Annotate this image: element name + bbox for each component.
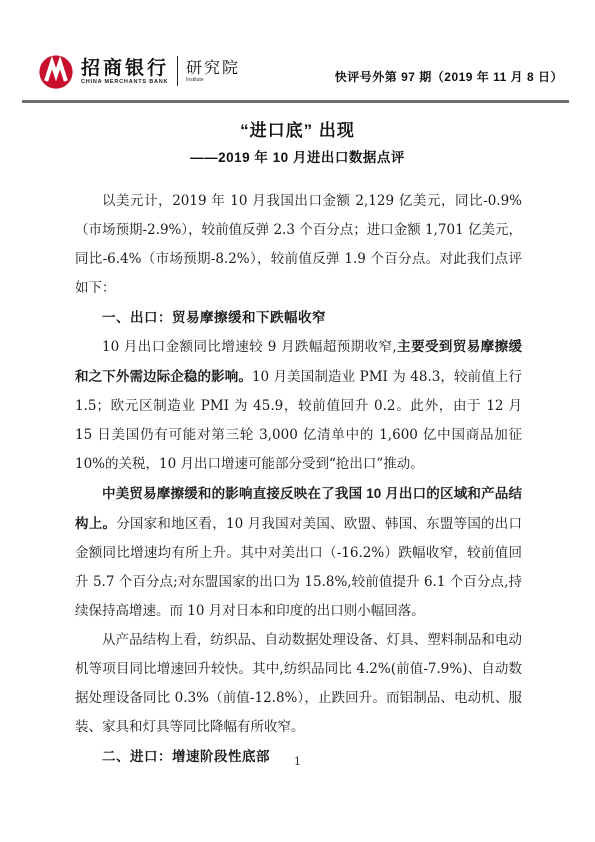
page-number: 1: [0, 755, 595, 768]
text-segment: 10 月美国制造业 PMI 为 48.3，较前值上行 1.5；欧元区制造业 PM…: [75, 369, 522, 472]
paragraph: 10 月出口金额同比增速较 9 月跌幅超预期收窄,主要受到贸易摩擦缓和之下外需边…: [75, 332, 522, 479]
text-segment: 以美元计，2019 年 10 月我国出口金额 2,129 亿美元，同比-0.9%…: [75, 193, 522, 296]
unit-name-block: 研究院 Institute: [186, 59, 240, 85]
cmb-logo-icon: [38, 54, 74, 90]
text-segment: 10 月出口金额同比增速较 9 月跌幅超预期收窄,: [102, 339, 397, 355]
document-body: 以美元计，2019 年 10 月我国出口金额 2,129 亿美元，同比-0.9%…: [75, 187, 522, 771]
page-header: 招商银行 CHINA MERCHANTS BANK 研究院 Institute …: [38, 54, 563, 90]
document-subtitle: ——2019 年 10 月进出口数据点评: [0, 146, 595, 166]
logo-divider: [177, 56, 178, 86]
text-segment: 一、出口：贸易摩擦缓和下跌幅收窄: [102, 310, 326, 325]
document-page: 招商银行 CHINA MERCHANTS BANK 研究院 Institute …: [0, 0, 595, 842]
cmb-logo: 招商银行 CHINA MERCHANTS BANK 研究院 Institute: [38, 54, 240, 90]
header-rule: [22, 100, 569, 103]
section-heading: 一、出口：贸易摩擦缓和下跌幅收窄: [75, 303, 522, 332]
bank-name-en: CHINA MERCHANTS BANK: [81, 78, 169, 86]
text-segment: 从产品结构上看，纺织品、自动数据处理设备、灯具、塑料制品和电动机等项目同比增速回…: [75, 632, 522, 735]
paragraph: 从产品结构上看，纺织品、自动数据处理设备、灯具、塑料制品和电动机等项目同比增速回…: [75, 626, 522, 742]
unit-subtitle: Institute: [186, 77, 240, 84]
bank-name-block: 招商银行 CHINA MERCHANTS BANK: [81, 58, 169, 86]
paragraph: 中美贸易摩擦缓和的影响直接反映在了我国 10 月出口的区域和产品结构上。分国家和…: [75, 479, 522, 626]
document-title: “进口底” 出现: [0, 116, 595, 141]
bank-name: 招商银行: [81, 58, 169, 78]
unit-name: 研究院: [186, 59, 240, 77]
paragraph: 以美元计，2019 年 10 月我国出口金额 2,129 亿美元，同比-0.9%…: [75, 187, 522, 303]
issue-info: 快评号外第 97 期（2019 年 11 月 8 日）: [335, 68, 563, 90]
text-segment: 分国家和地区看，10 月我国对美国、欧盟、韩国、东盟等国的出口金额同比增速均有所…: [75, 516, 522, 619]
